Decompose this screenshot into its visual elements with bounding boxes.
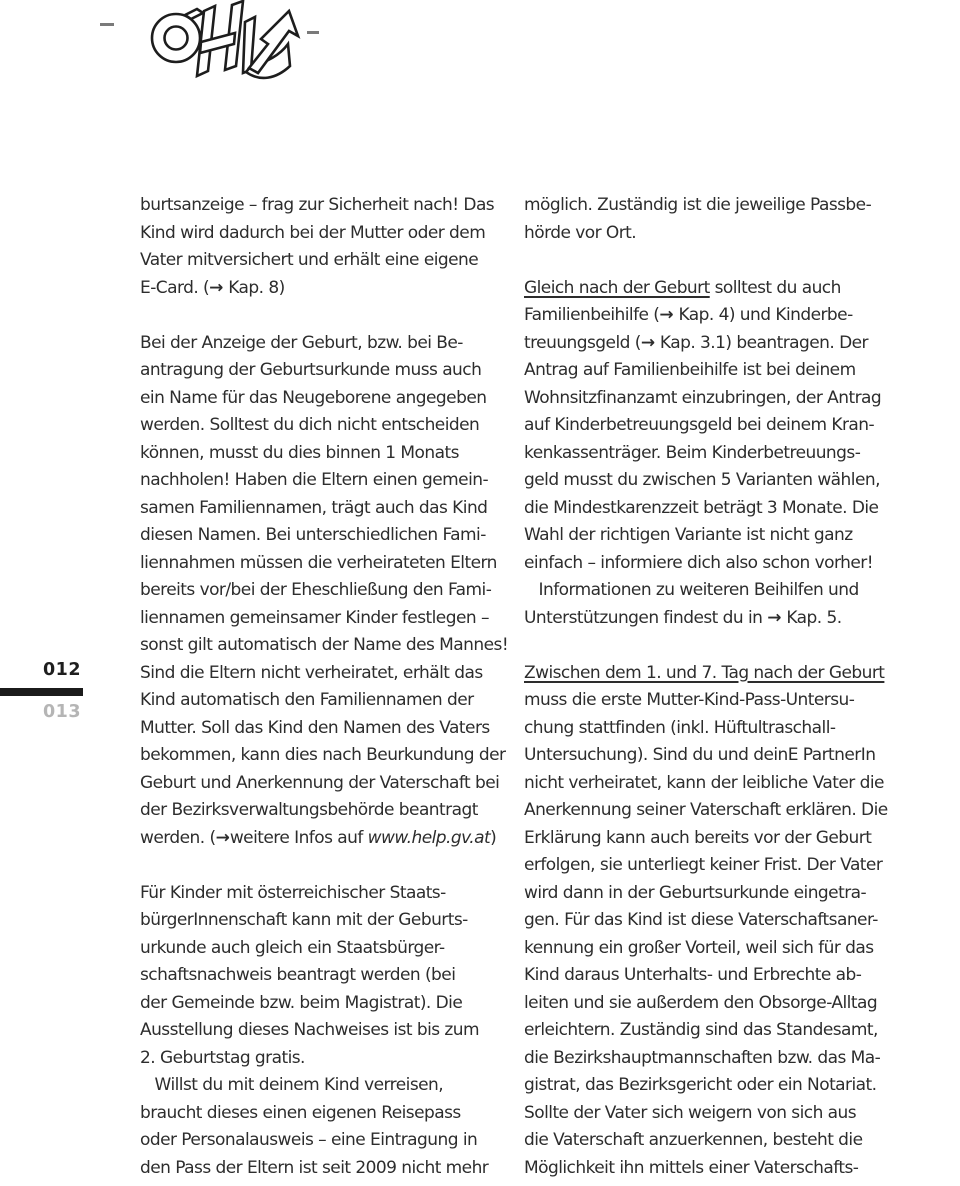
page-number-current: 012 xyxy=(43,662,81,680)
text-segment: Bei der Anzeige der Geburt, bzw. bei Be-… xyxy=(140,333,508,848)
paragraph-namensgebung: Bei der Anzeige der Geburt, bzw. bei Be-… xyxy=(140,330,498,853)
text-segment: Kap. 3.1) beantragen. Der Antrag auf Fam… xyxy=(524,333,881,628)
brochure-page: 012 013 burtsanzeige – frag zur Sicherhe… xyxy=(0,0,960,1186)
text-segment: möglich. Zuständig ist die jeweilige Pas… xyxy=(524,195,871,243)
paragraph-passbehoerde: möglich. Zuständig ist die jeweilige Pas… xyxy=(524,192,882,247)
underlined-phrase: Zwischen dem 1. und 7. Tag nach der Gebu… xyxy=(524,663,884,683)
arrow-icon: → xyxy=(641,333,655,353)
page-number-block: 012 013 xyxy=(0,655,83,725)
help-gv-url: www.help.gv.at xyxy=(368,828,490,848)
text-segment: ) xyxy=(490,828,496,848)
oeh-logo-icon xyxy=(118,0,304,90)
register-mark-right xyxy=(307,31,319,34)
paragraph-ecard: burtsanzeige – frag zur Sicherheit nach!… xyxy=(140,192,498,302)
paragraph-mutter-kind-pass: Zwischen dem 1. und 7. Tag nach der Gebu… xyxy=(524,660,882,1183)
underlined-phrase: Gleich nach der Geburt xyxy=(524,278,710,298)
text-segment: weitere Infos auf xyxy=(230,828,368,848)
text-segment: Kap. 5. xyxy=(781,608,841,628)
text-segment: burtsanzeige – frag zur Sicherheit nach!… xyxy=(140,195,494,298)
paragraph-staatsbuergerschaft: Für Kinder mit österreichischer Staats- … xyxy=(140,880,498,1183)
text-segment: Kap. 8) xyxy=(223,278,284,298)
right-text-column: möglich. Zuständig ist die jeweilige Pas… xyxy=(524,192,882,1182)
arrow-icon: → xyxy=(209,278,223,298)
arrow-icon: → xyxy=(216,828,230,848)
paragraph-beihilfen: Gleich nach der Geburt solltest du auch … xyxy=(524,275,882,633)
register-mark-left xyxy=(100,23,114,26)
arrow-icon: → xyxy=(767,608,781,628)
left-text-column: burtsanzeige – frag zur Sicherheit nach!… xyxy=(140,192,498,1182)
page-number-next: 013 xyxy=(43,704,81,722)
page-number-divider xyxy=(0,688,83,696)
text-segment: Für Kinder mit österreichischer Staats- … xyxy=(140,883,488,1178)
text-segment: muss die erste Mutter-Kind-Pass-Untersu-… xyxy=(524,690,888,1178)
arrow-icon: → xyxy=(659,305,673,325)
